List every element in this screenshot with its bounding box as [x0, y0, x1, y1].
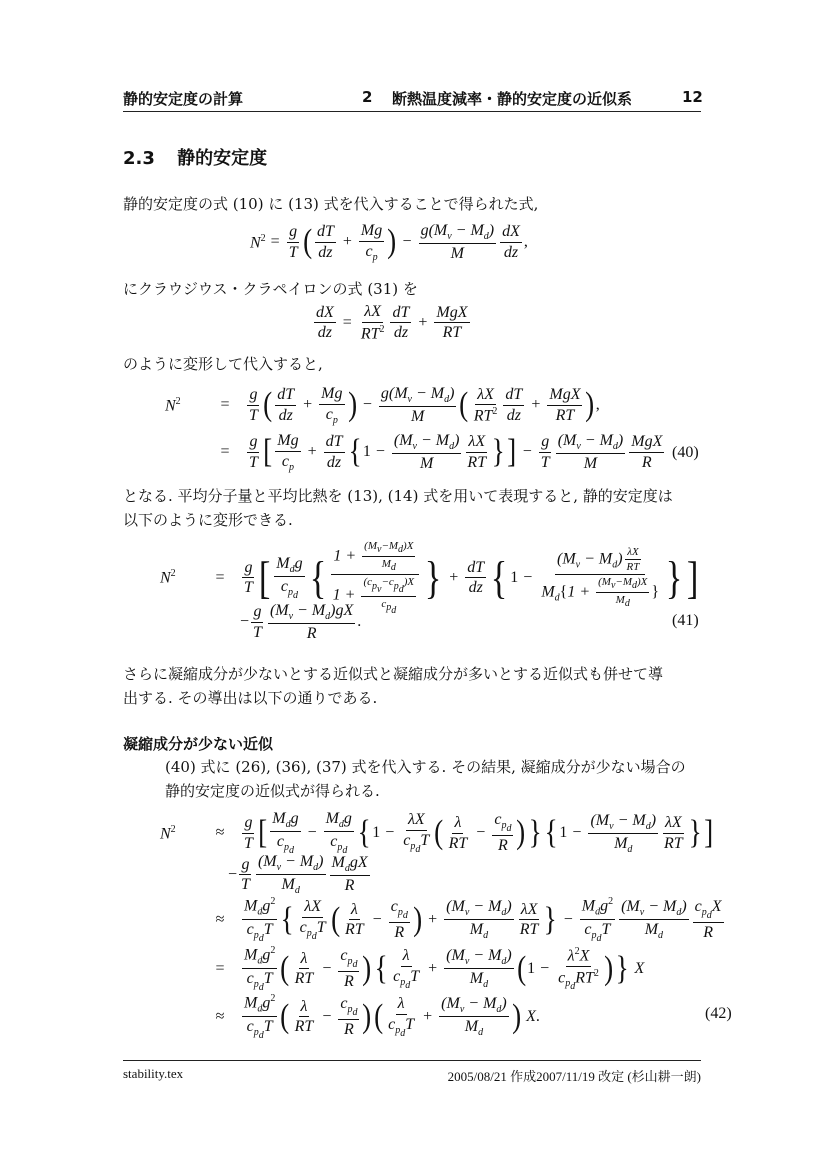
- equation-n2-basic: N2= gT ( dTdz+ Mgcp )− g(Mv − Md)M dXdz,: [250, 222, 528, 263]
- equation-number-40: (40): [672, 444, 699, 462]
- equation-number-42: (42): [705, 1005, 732, 1023]
- equation-42-line5: ≈ Mdg2cpdT ( λRT− cpdR ) ( λcpdT+ (Mv − …: [160, 993, 540, 1041]
- footer-filename: stability.tex: [123, 1066, 183, 1082]
- paragraph-mean-molecular: となる. 平均分子量と平均比熱を (13), (14) 式を用いて表現すると, …: [123, 484, 673, 508]
- paragraph-approximations-cont: 出する. その導出は以下の通りである.: [123, 686, 377, 710]
- paragraph-substitute: のように変形して代入すると,: [123, 352, 323, 376]
- equation-40-line2: = gT [ Mgcp+ dTdz {1− (Mv − Md)M λXRT }]…: [165, 432, 666, 473]
- equation-number-41: (41): [672, 612, 699, 630]
- paragraph-intro: 静的安定度の式 (10) に (13) 式を代入することで得られた式,: [123, 192, 538, 216]
- subsection-body: (40) 式に (26), (36), (37) 式を代入する. その結果, 凝…: [165, 755, 686, 779]
- running-header-section-number: 2: [362, 88, 372, 106]
- subsection-body-cont: 静的安定度の近似式が得られる.: [165, 779, 380, 803]
- equation-42-line3: ≈ Mdg2cpdT { λXcpdT ( λRT− cpdR )+ (Mv −…: [160, 896, 726, 944]
- running-header-left: 静的安定度の計算: [123, 88, 243, 109]
- page-number: 12: [682, 88, 703, 106]
- footer-rule: [123, 1060, 701, 1061]
- section-title: 静的安定度: [177, 148, 267, 169]
- section-heading: 2.3 静的安定度: [123, 144, 267, 170]
- equation-40-line1: N2= gT ( dTdz+ Mgcp )− g(Mv − Md)M ( λXR…: [165, 385, 600, 426]
- equation-42-line1: N2≈ gT [ Mdgcpd− Mdgcpd {1− λXcpdT ( λRT…: [160, 810, 714, 856]
- equation-42-line4: = Mdg2cpdT ( λRT− cpdR ) { λcpdT+ (Mv − …: [160, 945, 644, 993]
- running-header-section-title: 断熱温度減率・静的安定度の近似系: [392, 88, 632, 109]
- header-rule: [123, 111, 701, 112]
- paragraph-approximations: さらに凝縮成分が少ないとする近似式と凝縮成分が多いとする近似式も併せて導: [123, 662, 663, 686]
- equation-42-line2: − gT (Mv − Md)Md MdgXR: [228, 853, 372, 896]
- equation-41-line2: − gT (Mv − Md)gXR.: [240, 602, 361, 643]
- section-number: 2.3: [123, 148, 155, 169]
- paragraph-clausius: にクラウジウス・クラペイロンの式 (31) を: [123, 277, 418, 301]
- paragraph-mean-molecular-cont: 以下のように変形できる.: [123, 508, 293, 532]
- footer-dates: 2005/08/21 作成2007/11/19 改定 (杉山耕一朗): [420, 1066, 701, 1085]
- equation-clausius-clapeyron: dXdz= λXRT2 dTdz+ MgXRT: [312, 303, 472, 343]
- subsection-title: 凝縮成分が少ない近似: [123, 733, 273, 754]
